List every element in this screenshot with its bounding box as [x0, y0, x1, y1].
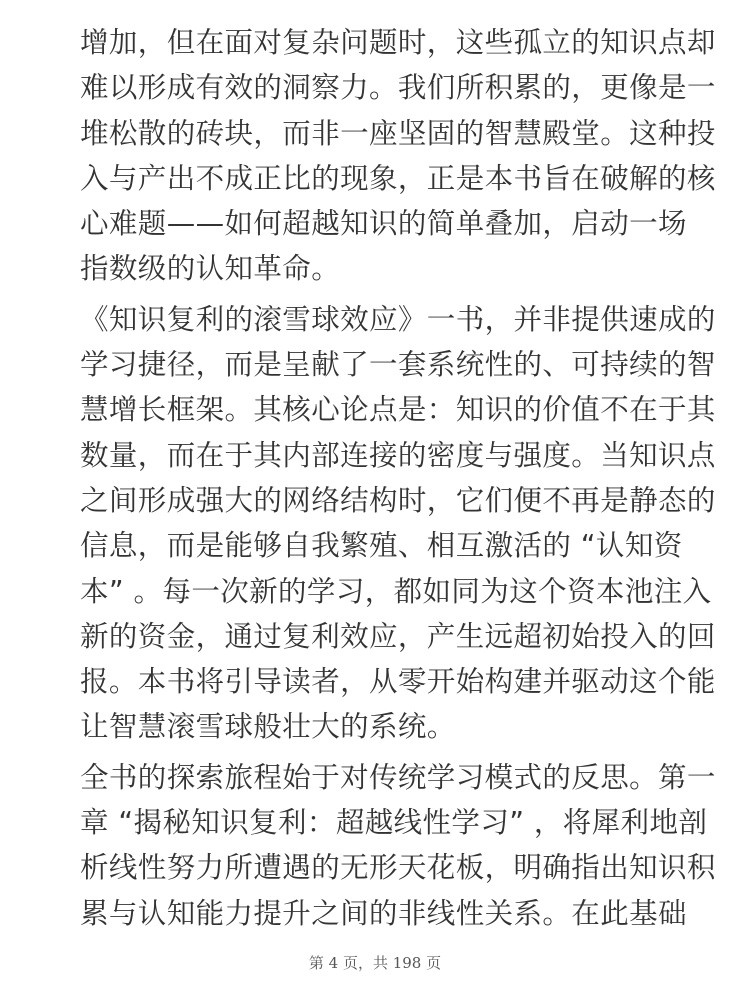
- text-line: 章 “揭秘知识复利：超越线性学习” ，将犀利地剖: [80, 800, 672, 845]
- text-line: 数量，而在于其内部连接的密度与强度。当知识点: [80, 433, 672, 478]
- text-line: 全书的探索旅程始于对传统学习模式的反思。第一: [80, 755, 672, 800]
- text-line: 让智慧滚雪球般壮大的系统。: [80, 704, 672, 749]
- text-line: 慧增长框架。其核心论点是：知识的价值不在于其: [80, 387, 672, 432]
- text-line: 难以形成有效的洞察力。我们所积累的，更像是一: [80, 65, 672, 110]
- paragraph-3: 全书的探索旅程始于对传统学习模式的反思。第一 章 “揭秘知识复利：超越线性学习”…: [80, 755, 672, 936]
- text-line: 心难题——如何超越知识的简单叠加，启动一场: [80, 201, 672, 246]
- document-page: 增加，但在面对复杂问题时，这些孤立的知识点却 难以形成有效的洞察力。我们所积累的…: [80, 20, 672, 941]
- text-line: 之间形成强大的网络结构时，它们便不再是静态的: [80, 478, 672, 523]
- paragraph-1: 增加，但在面对复杂问题时，这些孤立的知识点却 难以形成有效的洞察力。我们所积累的…: [80, 20, 672, 292]
- text-line: 信息，而是能够自我繁殖、相互激活的 “认知资: [80, 523, 672, 568]
- text-line: 指数级的认知革命。: [80, 246, 672, 291]
- text-line: 堆松散的砖块，而非一座坚固的智慧殿堂。这种投: [80, 111, 672, 156]
- paragraph-2: 《知识复利的滚雪球效应》一书，并非提供速成的 学习捷径，而是呈献了一套系统性的、…: [80, 297, 672, 750]
- text-line: 本” 。每一次新的学习，都如同为这个资本池注入: [80, 569, 672, 614]
- text-line: 增加，但在面对复杂问题时，这些孤立的知识点却: [80, 20, 672, 65]
- text-line: 《知识复利的滚雪球效应》一书，并非提供速成的: [80, 297, 672, 342]
- text-line: 新的资金，通过复利效应，产生远超初始投入的回: [80, 614, 672, 659]
- text-line: 入与产出不成正比的现象，正是本书旨在破解的核: [80, 156, 672, 201]
- text-line: 学习捷径，而是呈献了一套系统性的、可持续的智: [80, 342, 672, 387]
- text-line: 析线性努力所遭遇的无形天花板，明确指出知识积: [80, 845, 672, 890]
- text-line: 累与认知能力提升之间的非线性关系。在此基础: [80, 891, 672, 936]
- page-number-footer: 第 4 页，共 198 页: [0, 952, 750, 973]
- text-line: 报。本书将引导读者，从零开始构建并驱动这个能: [80, 659, 672, 704]
